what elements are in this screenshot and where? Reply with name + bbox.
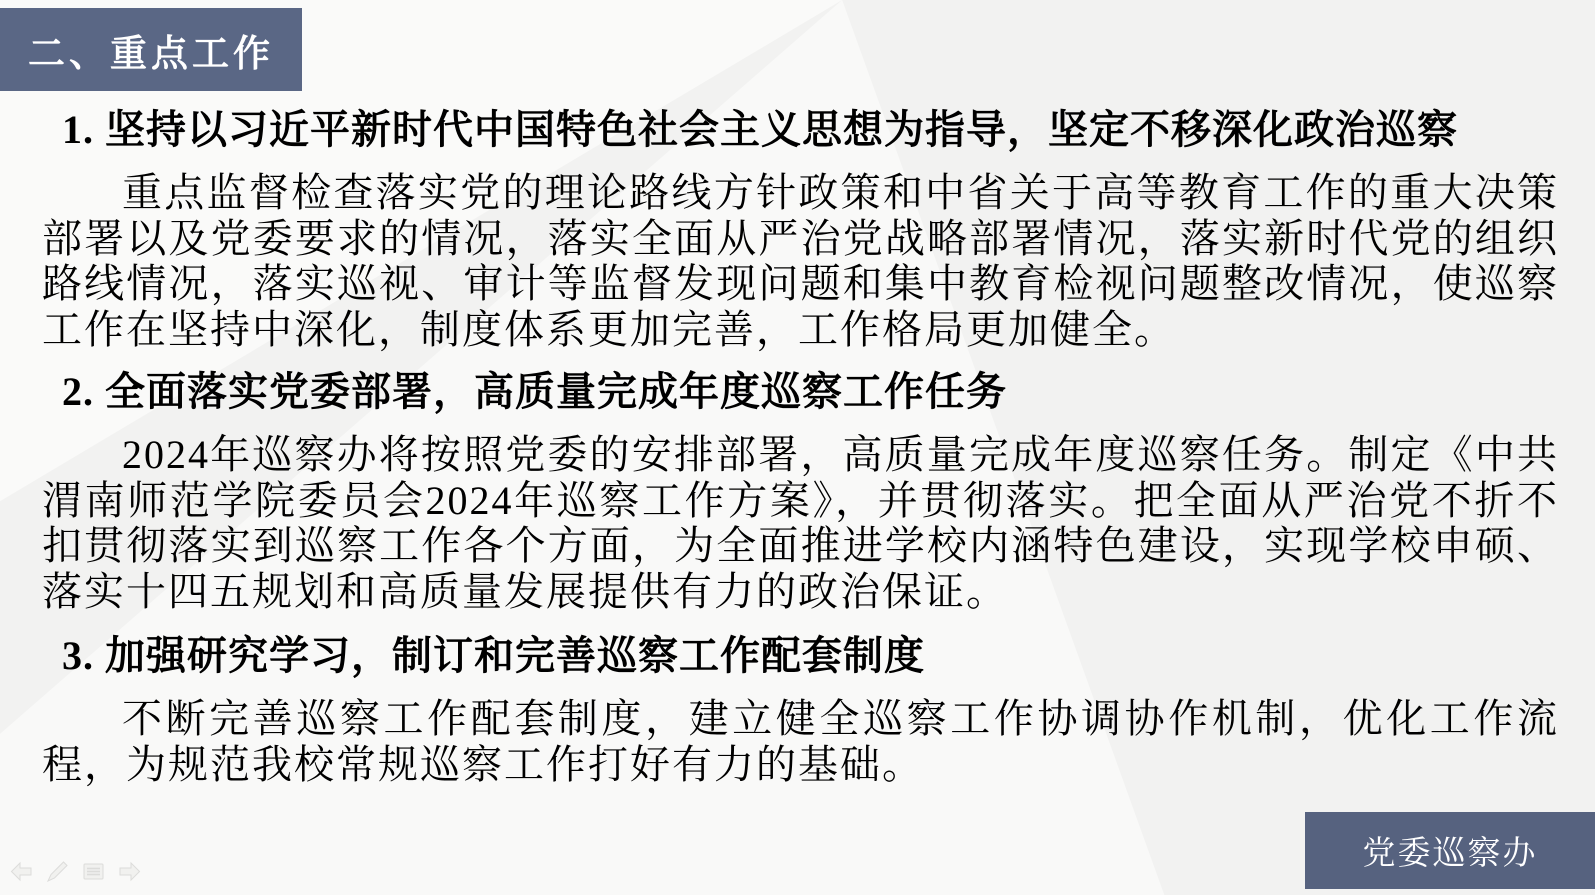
section-3-heading: 3. 加强研究学习，制订和完善巡察工作配套制度 [42,632,1559,680]
section-2-paragraph: 2024年巡察办将按照党委的安排部署，高质量完成年度巡察任务。制定《中共渭南师范… [42,432,1559,614]
previous-slide-icon [8,858,35,885]
slideshow-nav-controls [8,858,143,885]
section-2-heading: 2. 全面落实党委部署，高质量完成年度巡察工作任务 [42,368,1559,416]
section-3-paragraph: 不断完善巡察工作配套制度，建立健全巡察工作协调协作机制，优化工作流程，为规范我校… [42,696,1559,787]
menu-icon [80,858,107,885]
section-1-heading: 1. 坚持以习近平新时代中国特色社会主义思想为指导，坚定不移深化政治巡察 [42,106,1559,154]
section-1-paragraph: 重点监督检查落实党的理论路线方针政策和中省关于高等教育工作的重大决策部署以及党委… [42,170,1559,352]
presentation-slide: 二、重点工作 1. 坚持以习近平新时代中国特色社会主义思想为指导，坚定不移深化政… [0,0,1595,895]
next-slide-icon [116,858,143,885]
slide-title-badge: 二、重点工作 [0,8,302,91]
pen-icon [44,858,71,885]
next-slide-button[interactable] [116,858,143,885]
slide-title: 二、重点工作 [28,23,274,77]
footer-badge: 党委巡察办 [1305,812,1595,889]
previous-slide-button[interactable] [8,858,35,885]
footer-badge-label: 党委巡察办 [1363,827,1538,874]
pen-tool-button[interactable] [44,858,71,885]
menu-button[interactable] [80,858,107,885]
slide-body: 1. 坚持以习近平新时代中国特色社会主义思想为指导，坚定不移深化政治巡察 重点监… [42,96,1559,787]
